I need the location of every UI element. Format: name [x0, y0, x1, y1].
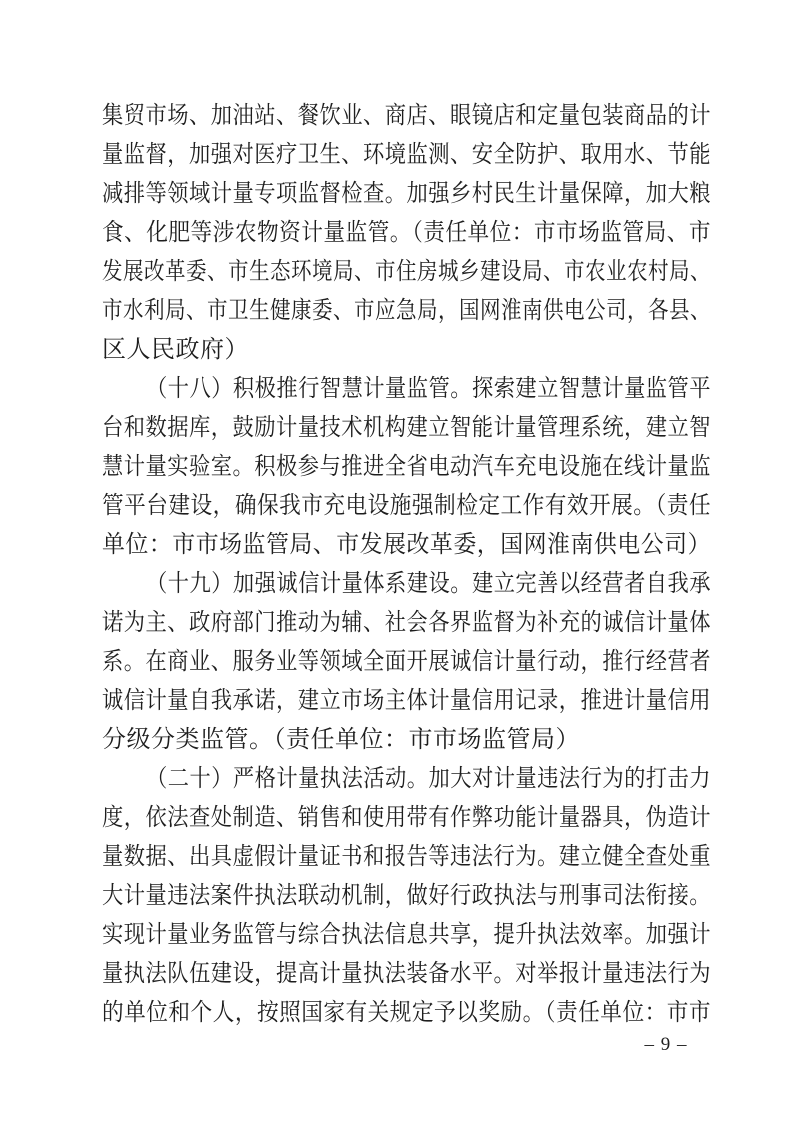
- text-line: 分级分类监管。（责任单位：市市场监管局）: [102, 721, 711, 760]
- document-body: 集贸市场、加油站、餐饮业、商店、眼镜店和定量包装商品的计量监督，加强对医疗卫生、…: [102, 97, 711, 1033]
- text-line-content: 诺为主、政府部门推动为辅、社会各界监督为补充的诚信计量体: [102, 604, 711, 643]
- text-line-content: 减排等领域计量专项监督检查。加强乡村民生计量保障，加大粮: [102, 175, 711, 214]
- text-line-content: 量监督，加强对医疗卫生、环境监测、安全防护、取用水、节能: [102, 136, 711, 175]
- paragraph-19: （十九）加强诚信计量体系建设。建立完善以经营者自我承诺为主、政府部门推动为辅、社…: [102, 565, 711, 760]
- text-line: 的单位和个人，按照国家有关规定予以奖励。（责任单位：市市: [102, 994, 711, 1033]
- paragraph-continuation: 集贸市场、加油站、餐饮业、商店、眼镜店和定量包装商品的计量监督，加强对医疗卫生、…: [102, 97, 711, 370]
- document-page: 集贸市场、加油站、餐饮业、商店、眼镜店和定量包装商品的计量监督，加强对医疗卫生、…: [0, 0, 793, 1122]
- text-line-content: 管平台建设，确保我市充电设施强制检定工作有效开展。（责任: [102, 487, 711, 526]
- text-line-content: 诚信计量自我承诺，建立市场主体计量信用记录，推进计量信用: [102, 682, 711, 721]
- text-line: 量监督，加强对医疗卫生、环境监测、安全防护、取用水、节能: [102, 136, 711, 175]
- text-line: 量数据、出具虚假计量证书和报告等违法行为。建立健全查处重: [102, 838, 711, 877]
- text-line-content: 台和数据库，鼓励计量技术机构建立智能计量管理系统，建立智: [102, 409, 711, 448]
- text-line-content: 量执法队伍建设，提高计量执法装备水平。对举报计量违法行为: [102, 955, 711, 994]
- text-line-content: 实现计量业务监管与综合执法信息共享，提升执法效率。加强计: [102, 916, 711, 955]
- text-line: 减排等领域计量专项监督检查。加强乡村民生计量保障，加大粮: [102, 175, 711, 214]
- text-line: 量执法队伍建设，提高计量执法装备水平。对举报计量违法行为: [102, 955, 711, 994]
- text-line-content: 食、化肥等涉农物资计量监管。（责任单位：市市场监管局、市: [102, 214, 711, 253]
- text-line-content: （十八）积极推行智慧计量监管。探索建立智慧计量监管平: [146, 370, 711, 409]
- text-line: 大计量违法案件执法联动机制，做好行政执法与刑事司法衔接。: [102, 877, 711, 916]
- text-line: （十九）加强诚信计量体系建设。建立完善以经营者自我承: [102, 565, 711, 604]
- text-line: 集贸市场、加油站、餐饮业、商店、眼镜店和定量包装商品的计: [102, 97, 711, 136]
- text-line: 慧计量实验室。积极参与推进全省电动汽车充电设施在线计量监: [102, 448, 711, 487]
- text-line-content: 系。在商业、服务业等领域全面开展诚信计量行动，推行经营者: [102, 643, 711, 682]
- text-line-content: 分级分类监管。（责任单位：市市场监管局）: [102, 721, 580, 760]
- text-line-content: 慧计量实验室。积极参与推进全省电动汽车充电设施在线计量监: [102, 448, 711, 487]
- text-line: （十八）积极推行智慧计量监管。探索建立智慧计量监管平: [102, 370, 711, 409]
- text-line: 实现计量业务监管与综合执法信息共享，提升执法效率。加强计: [102, 916, 711, 955]
- text-line-content: 的单位和个人，按照国家有关规定予以奖励。（责任单位：市市: [102, 994, 711, 1033]
- text-line-content: 单位：市市场监管局、市发展改革委，国网淮南供电公司）: [102, 526, 711, 565]
- text-line-content: 大计量违法案件执法联动机制，做好行政执法与刑事司法衔接。: [102, 877, 711, 916]
- text-line: 管平台建设，确保我市充电设施强制检定工作有效开展。（责任: [102, 487, 711, 526]
- text-line-content: 集贸市场、加油站、餐饮业、商店、眼镜店和定量包装商品的计: [102, 97, 711, 136]
- text-line: 区人民政府）: [102, 331, 711, 370]
- text-line: 食、化肥等涉农物资计量监管。（责任单位：市市场监管局、市: [102, 214, 711, 253]
- page-number: – 9 –: [616, 1031, 716, 1059]
- paragraph-18: （十八）积极推行智慧计量监管。探索建立智慧计量监管平台和数据库，鼓励计量技术机构…: [102, 370, 711, 565]
- text-line-content: （二十）严格计量执法活动。加大对计量违法行为的打击力: [146, 760, 711, 799]
- paragraph-20: （二十）严格计量执法活动。加大对计量违法行为的打击力度，依法查处制造、销售和使用…: [102, 760, 711, 1033]
- text-line-content: 发展改革委、市生态环境局、市住房城乡建设局、市农业农村局、: [102, 253, 711, 292]
- text-line: 系。在商业、服务业等领域全面开展诚信计量行动，推行经营者: [102, 643, 711, 682]
- text-line: 诚信计量自我承诺，建立市场主体计量信用记录，推进计量信用: [102, 682, 711, 721]
- text-line: 市水利局、市卫生健康委、市应急局，国网淮南供电公司，各县、: [102, 292, 711, 331]
- text-line-content: 市水利局、市卫生健康委、市应急局，国网淮南供电公司，各县、: [102, 292, 711, 331]
- text-line: 台和数据库，鼓励计量技术机构建立智能计量管理系统，建立智: [102, 409, 711, 448]
- text-line-content: 区人民政府）: [102, 331, 249, 370]
- text-line: 发展改革委、市生态环境局、市住房城乡建设局、市农业农村局、: [102, 253, 711, 292]
- text-line: 诺为主、政府部门推动为辅、社会各界监督为补充的诚信计量体: [102, 604, 711, 643]
- text-line: 度，依法查处制造、销售和使用带有作弊功能计量器具，伪造计: [102, 799, 711, 838]
- text-line: 单位：市市场监管局、市发展改革委，国网淮南供电公司）: [102, 526, 711, 565]
- text-line-content: 量数据、出具虚假计量证书和报告等违法行为。建立健全查处重: [102, 838, 711, 877]
- text-line-content: 度，依法查处制造、销售和使用带有作弊功能计量器具，伪造计: [102, 799, 711, 838]
- text-line-content: （十九）加强诚信计量体系建设。建立完善以经营者自我承: [146, 565, 711, 604]
- text-line: （二十）严格计量执法活动。加大对计量违法行为的打击力: [102, 760, 711, 799]
